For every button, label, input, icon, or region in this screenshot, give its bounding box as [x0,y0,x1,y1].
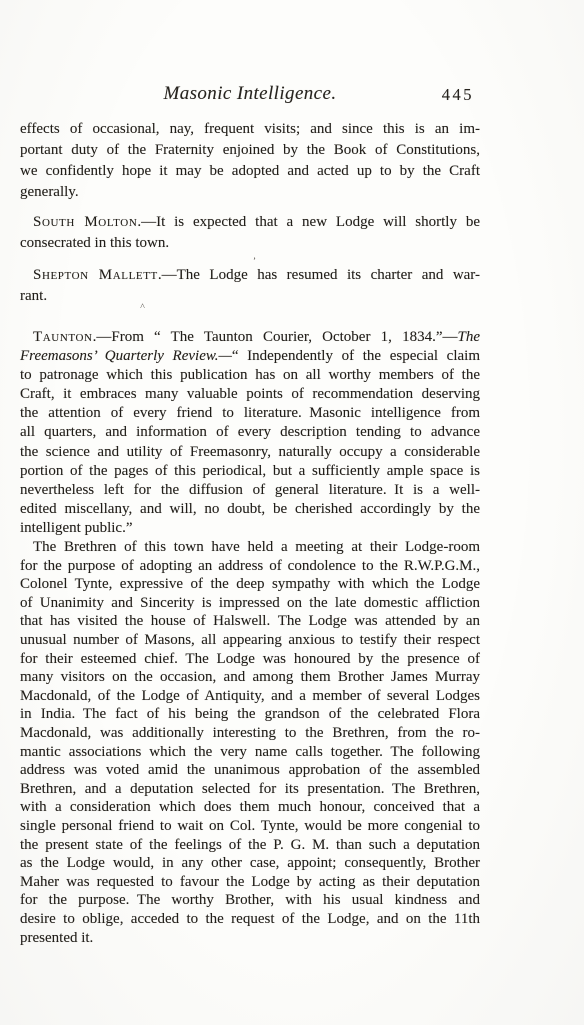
text-segment: .—From “ The Taunton Courier, October 1,… [93,329,458,345]
text-line: Taunton.—From “ The Taunton Courier, Oct… [20,328,480,347]
text-segment: Macdonald, of the Lodge of Antiquity, an… [20,688,480,704]
text-line: desire to oblige, acceded to the request… [20,910,480,929]
text-line: of Unanimity and Sincerity is impressed … [20,594,480,613]
text-line: portant duty of the Fraternity enjoined … [20,140,480,161]
text-line: for the purpose. The worthy Brother, wit… [20,891,480,910]
text-segment: Maher was requested to favour the Lodge … [20,874,480,890]
text-line: The Brethren of this town have held a me… [20,538,480,557]
text-segment: the science and utility of Freemasonry, … [20,444,480,460]
text-segment: address was voted amid the unanimous app… [20,762,480,778]
text-line: unusual number of Masons, all appearing … [20,631,480,650]
text-segment: Macdonald, was additionally interesting … [20,725,480,741]
text-block: effects of occasional, nay, frequent vis… [20,0,480,947]
text-segment: the attention of every friend to literat… [20,405,480,421]
text-line: edited miscellany, and will, no doubt, b… [20,500,480,519]
text-line: in India. The fact of his being the gran… [20,705,480,724]
text-line: Brethren, and a deputation selected for … [20,780,480,799]
text-segment-italic: The [458,329,481,345]
text-segment: consecrated in this town. [20,235,169,251]
text-segment: .—It is expected that a new Lodge will s… [137,214,480,230]
text-segment: mantic associations which the very name … [20,744,480,760]
text-segment: Colonel Tynte, expressive of the deep sy… [20,576,480,592]
text-line: the present state of the feelings of the… [20,836,480,855]
text-segment: presented it. [20,930,93,946]
text-segment: for the purpose. The worthy Brother, wit… [20,892,480,908]
text-line: generally. [20,182,480,203]
text-line: South Molton.—It is expected that a new … [20,212,480,233]
text-segment: with a consideration which does them muc… [20,799,480,815]
text-segment: intelligent public.” [20,520,132,536]
text-line: as the Lodge would, in any other case, a… [20,854,480,873]
text-segment: unusual number of Masons, all appearing … [20,632,480,648]
text-line: Macdonald, of the Lodge of Antiquity, an… [20,687,480,706]
text-segment-smallcaps: Taunton [33,329,93,345]
text-line: to patronage which this publication has … [20,366,480,385]
text-segment: “ Independently of the especial claim [232,348,480,364]
text-line: nevertheless left for the diffusion of g… [20,481,480,500]
text-segment: to patronage which this publication has … [20,367,480,383]
text-line: portion of the pages of this periodical,… [20,462,480,481]
text-line: address was voted amid the unanimous app… [20,761,480,780]
text-segment-italic: Freemasons’ Quarterly Review.— [20,348,232,364]
text-segment: the present state of the feelings of the… [20,837,480,853]
scan-artifact: ʼ [253,256,256,266]
text-line: effects of occasional, nay, frequent vis… [20,119,480,140]
paragraph-brethren: The Brethren of this town have held a me… [20,538,480,947]
text-line: Shepton Mallett.—The Lodge has resumed i… [20,265,480,286]
text-segment: Craft, it embraces many valuable points … [20,386,480,402]
text-segment: for the purpose of adopting an address o… [20,558,480,574]
text-segment: all quarters, and information of every d… [20,424,480,440]
text-line: the science and utility of Freemasonry, … [20,443,480,462]
text-line: with a consideration which does them muc… [20,798,480,817]
text-line: rant. [20,286,480,307]
paragraph-continuation: effects of occasional, nay, frequent vis… [20,119,480,203]
text-segment: single personal friend to wait on Col. T… [20,818,480,834]
text-line: presented it. [20,929,480,948]
text-line: that has visited the house of Halswell. … [20,612,480,631]
text-line: all quarters, and information of every d… [20,423,480,442]
text-line: for their esteemed chief. The Lodge was … [20,650,480,669]
text-segment: desire to oblige, acceded to the request… [20,911,480,927]
text-segment: many visitors on the occasion, and among… [20,669,480,685]
text-segment: for their esteemed chief. The Lodge was … [20,651,480,667]
text-segment: Brethren, and a deputation selected for … [20,781,480,797]
text-segment: of Unanimity and Sincerity is impressed … [20,595,480,611]
text-line: Maher was requested to favour the Lodge … [20,873,480,892]
text-line: the attention of every friend to literat… [20,404,480,423]
paragraph-taunton: Taunton.—From “ The Taunton Courier, Oct… [20,328,480,538]
text-segment: The Brethren of this town have held a me… [33,539,480,555]
scan-artifact: ˄ [140,301,145,311]
paragraph-shepton-mallett: Shepton Mallett.—The Lodge has resumed i… [20,265,480,307]
text-line: Colonel Tynte, expressive of the deep sy… [20,575,480,594]
text-segment: nevertheless left for the diffusion of g… [20,482,480,498]
text-line: mantic associations which the very name … [20,743,480,762]
text-segment-smallcaps: Shepton Mallett [33,267,158,283]
text-segment: .—The Lodge has resumed its charter and … [158,267,480,283]
text-line: we confidently hope it may be adopted an… [20,161,480,182]
text-segment: we confidently hope it may be adopted an… [20,163,480,179]
text-segment: rant. [20,288,47,304]
page: Masonic Intelligence. 445 effects of occ… [0,0,584,1025]
text-line: consecrated in this town. [20,233,480,254]
text-segment: that has visited the house of Halswell. … [20,613,480,629]
text-line: Macdonald, was additionally interesting … [20,724,480,743]
text-line: intelligent public.” [20,519,480,538]
text-segment-smallcaps: South Molton [33,214,137,230]
text-segment: portion of the pages of this periodical,… [20,463,480,479]
text-segment: as the Lodge would, in any other case, a… [20,855,480,871]
text-segment: edited miscellany, and will, no doubt, b… [20,501,480,517]
text-line: Craft, it embraces many valuable points … [20,385,480,404]
text-segment: in India. The fact of his being the gran… [20,706,480,722]
text-segment: generally. [20,184,79,200]
text-segment: effects of occasional, nay, frequent vis… [20,121,480,137]
text-line: for the purpose of adopting an address o… [20,557,480,576]
text-line: single personal friend to wait on Col. T… [20,817,480,836]
text-segment: portant duty of the Fraternity enjoined … [20,142,480,158]
text-line: Freemasons’ Quarterly Review.—“ Independ… [20,347,480,366]
text-line: many visitors on the occasion, and among… [20,668,480,687]
paragraph-south-molton: South Molton.—It is expected that a new … [20,212,480,254]
